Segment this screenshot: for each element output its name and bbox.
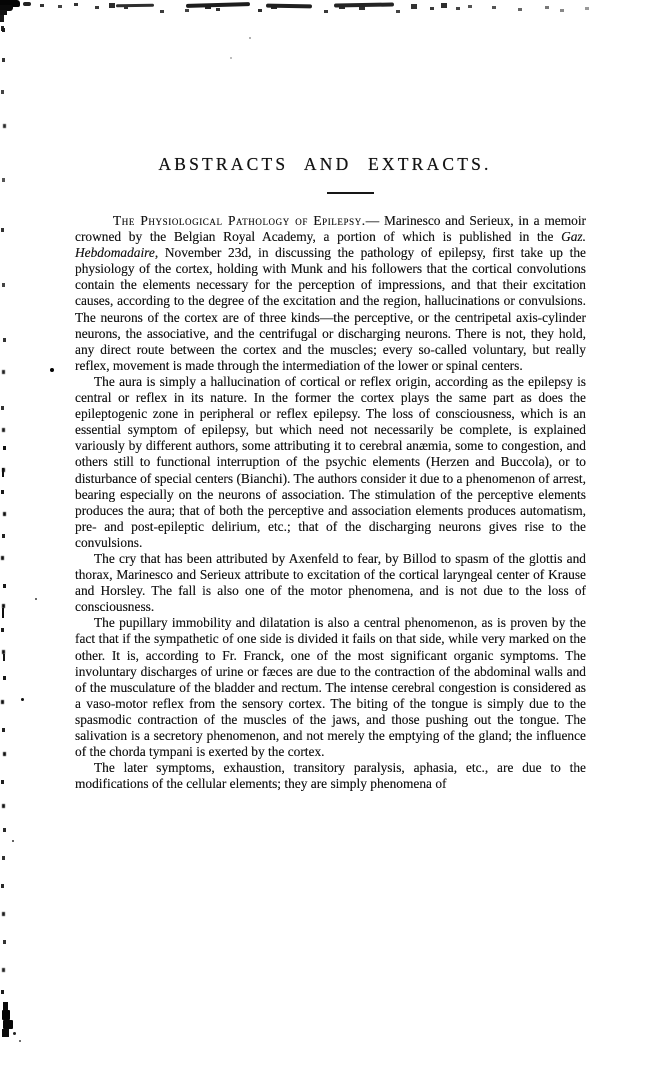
ink-dot xyxy=(50,368,54,372)
ink-dot xyxy=(230,57,232,59)
ink-dot xyxy=(21,698,24,701)
scanned-journal-page: ABSTRACTS AND EXTRACTS. The Physiologica… xyxy=(0,0,650,1072)
scan-artifact-left-dash xyxy=(2,468,4,477)
scan-artifact-top-smear xyxy=(266,4,312,9)
text-run: The later symptoms, exhaustion, transito… xyxy=(75,760,586,791)
paragraph: The cry that has been attributed by Axen… xyxy=(75,551,586,615)
scan-artifact-corner-blob xyxy=(1,26,4,31)
scan-artifact-corner-blob xyxy=(0,10,7,15)
scan-artifact-corner-blob xyxy=(0,15,4,22)
paragraph: The Physiological Pathology of Epilepsy.… xyxy=(75,213,586,374)
title-divider-rule xyxy=(327,192,374,194)
ink-dot xyxy=(12,840,14,842)
text-run: The aura is simply a hallucination of co… xyxy=(75,374,586,550)
page-title: ABSTRACTS AND EXTRACTS. xyxy=(0,154,650,175)
paragraph: The aura is simply a hallucination of co… xyxy=(75,374,586,551)
scan-artifact-top-specks xyxy=(40,4,44,7)
scan-artifact-bottom-left-blob xyxy=(3,1020,13,1029)
ink-dot xyxy=(249,37,251,39)
scan-artifact-bottom-left-blob xyxy=(19,1040,21,1042)
paragraph: The later symptoms, exhaustion, transito… xyxy=(75,760,586,792)
scan-artifact-bottom-left-blob xyxy=(2,1029,9,1037)
paragraph: The pupillary immobility and dilatation … xyxy=(75,615,586,760)
article-body: The Physiological Pathology of Epilepsy.… xyxy=(75,213,586,792)
scan-artifact-left-specks xyxy=(2,28,5,32)
scan-artifact-top-smear xyxy=(186,2,250,8)
scan-artifact-bottom-left-blob xyxy=(2,1010,10,1020)
text-run: The pupillary immobility and dilatation … xyxy=(75,615,586,759)
ink-dot xyxy=(35,598,37,600)
scan-artifact-corner-blob xyxy=(0,5,13,11)
text-run: , November 23d, in discussing the pathol… xyxy=(75,245,586,373)
scan-artifact-bottom-left-blob xyxy=(3,1002,8,1011)
scan-artifact-top-smear xyxy=(334,2,394,7)
text-run: The cry that has been attributed by Axen… xyxy=(75,551,586,614)
scan-artifact-top-smear xyxy=(116,4,154,8)
scan-artifact-corner-blob xyxy=(0,0,20,7)
text-run-smallcaps: The Physiological Pathology of Epilepsy. xyxy=(113,213,366,228)
scan-artifact-left-dash xyxy=(3,654,5,661)
scan-artifact-corner-blob xyxy=(23,2,31,6)
scan-artifact-left-dash xyxy=(2,608,4,618)
scan-artifact-bottom-left-blob xyxy=(13,1032,16,1035)
